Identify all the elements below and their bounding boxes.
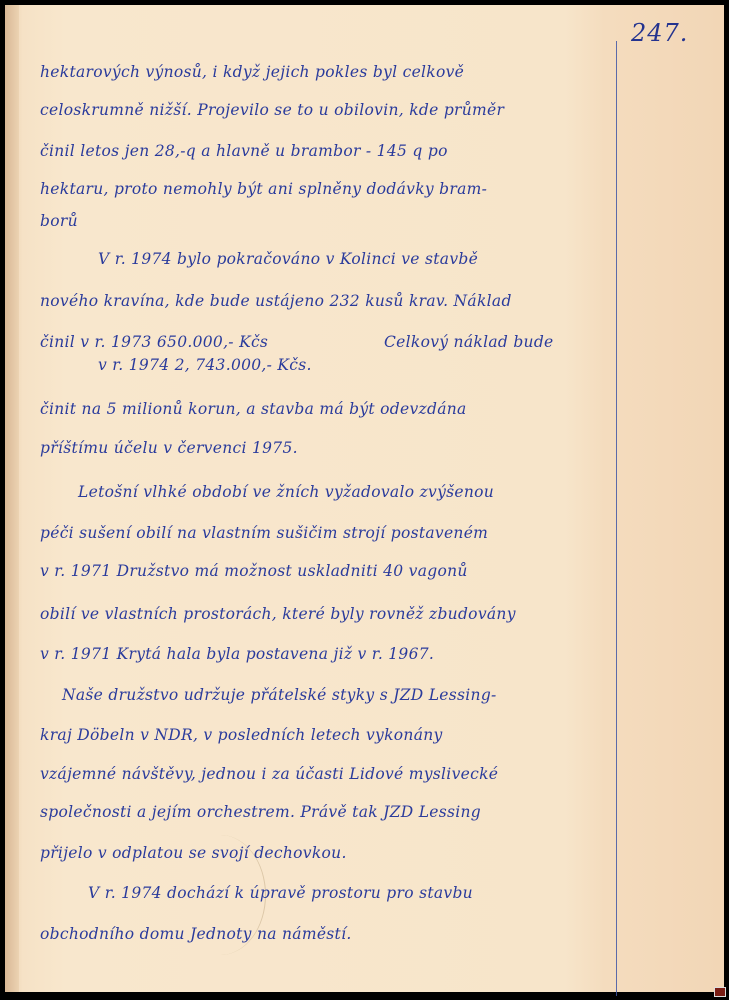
handwritten-line: obchodního domu Jednoty na náměstí. xyxy=(40,925,352,943)
handwritten-line: společnosti a jejím orchestrem. Právě ta… xyxy=(40,803,481,821)
handwritten-line: Naše družstvo udržuje přátelské styky s … xyxy=(62,686,497,704)
handwritten-line: hektarových výnosů, i když jejich pokles… xyxy=(40,63,464,81)
handwritten-line: obilí ve vlastních prostorách, které byl… xyxy=(40,605,516,623)
handwritten-line: nového kravína, kde bude ustájeno 232 ku… xyxy=(40,292,512,310)
handwritten-line: borů xyxy=(40,212,78,230)
handwritten-line: V r. 1974 dochází k úpravě prostoru pro … xyxy=(88,884,473,902)
handwritten-line: Celkový náklad bude xyxy=(384,333,554,351)
handwritten-line: v r. 1971 Družstvo má možnost uskladniti… xyxy=(40,562,468,580)
handwritten-line: celoskrumně nižší. Projevilo se to u obi… xyxy=(40,101,504,119)
viewer-corner-icon[interactable] xyxy=(714,987,726,997)
handwritten-line: přijelo v odplatou se svojí dechovkou. xyxy=(40,844,347,862)
handwritten-line: činil letos jen 28,-q a hlavně u brambor… xyxy=(40,142,448,160)
handwritten-line: příštímu účelu v červenci 1975. xyxy=(40,439,298,457)
page-binding-edge xyxy=(5,5,19,992)
handwritten-line: činit na 5 milionů korun, a stavba má bý… xyxy=(40,400,467,418)
handwritten-line: vzájemné návštěvy, jednou i za účasti Li… xyxy=(40,765,498,783)
handwritten-line: v r. 1971 Krytá hala byla postavena již … xyxy=(40,645,434,663)
handwritten-line: v r. 1974 2, 743.000,- Kčs. xyxy=(98,356,312,374)
handwritten-line: V r. 1974 bylo pokračováno v Kolinci ve … xyxy=(98,250,478,268)
handwritten-line: kraj Döbeln v NDR, v posledních letech v… xyxy=(40,726,443,744)
handwritten-line: činil v r. 1973 650.000,- Kčs xyxy=(40,333,268,351)
handwritten-line: péči sušení obilí na vlastním sušičim st… xyxy=(40,524,488,542)
notebook-page: 247. hektarových výnosů, i když jejich p… xyxy=(5,5,724,992)
margin-rule-line xyxy=(616,41,617,996)
handwritten-line: Letošní vlhké období ve žních vyžadovalo… xyxy=(78,483,494,501)
handwritten-line: hektaru, proto nemohly být ani splněny d… xyxy=(40,180,487,198)
page-number: 247. xyxy=(631,19,688,47)
